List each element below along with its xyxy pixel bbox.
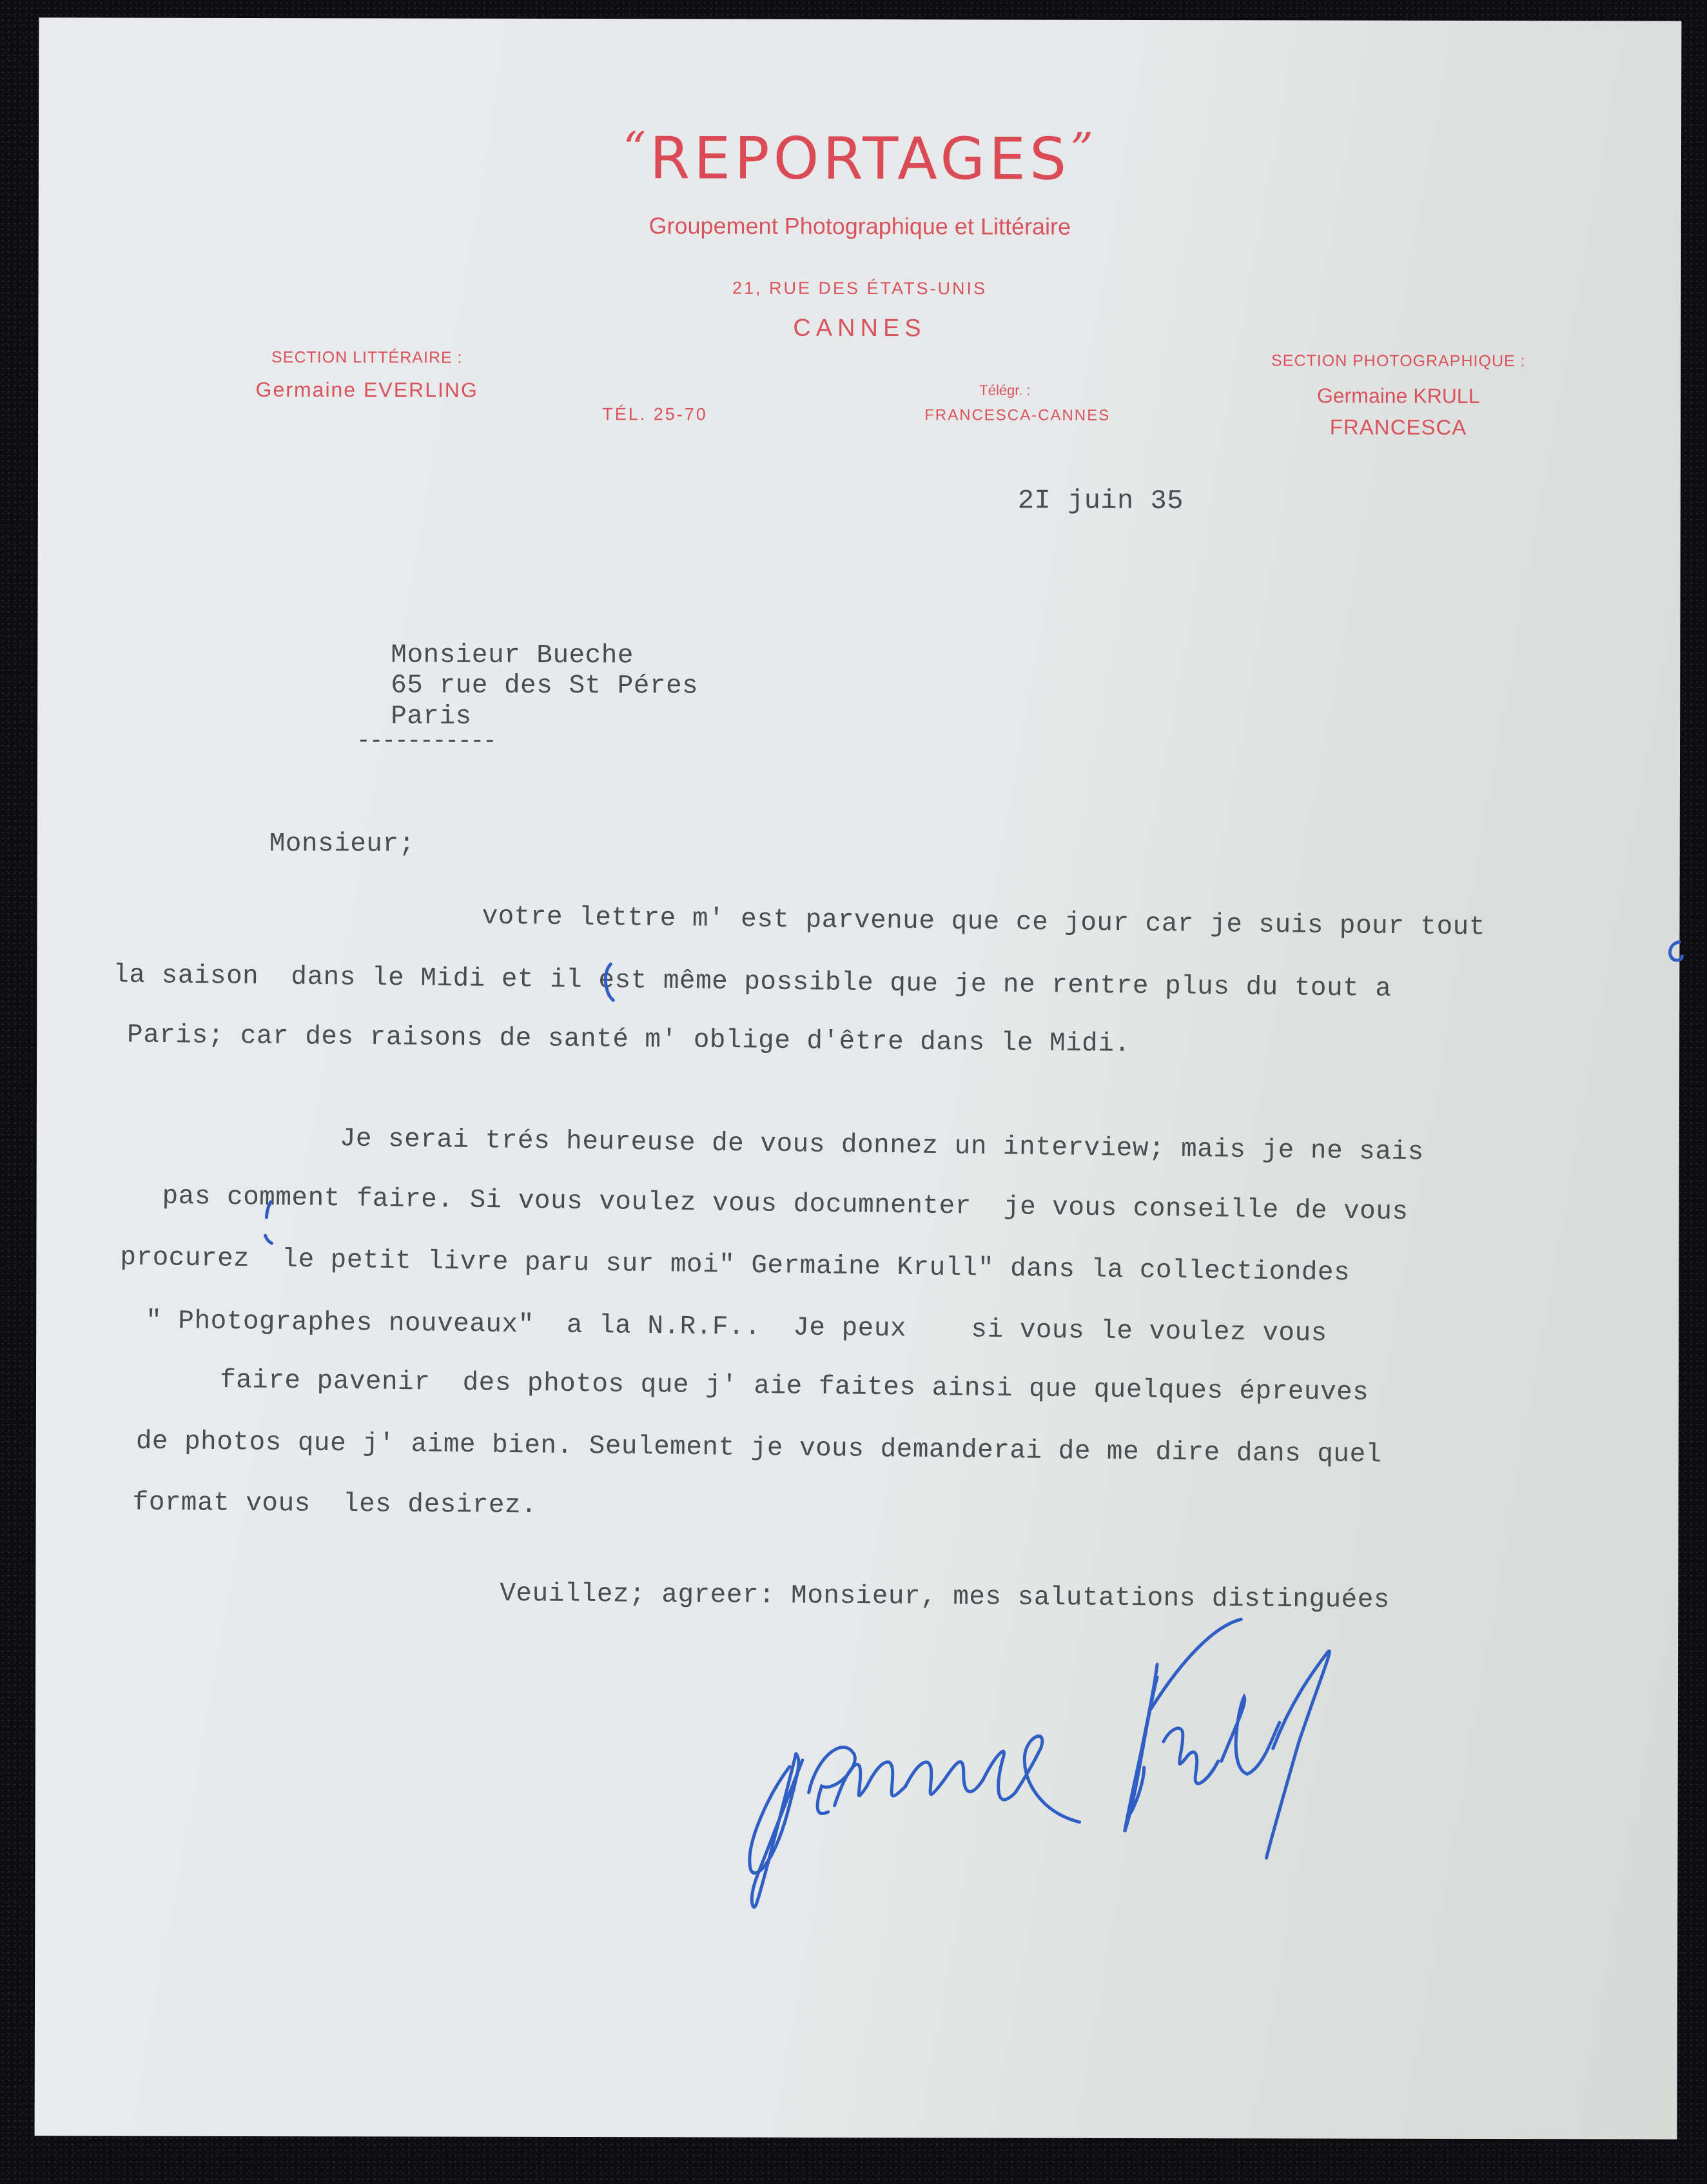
handwritten-signature [718, 1599, 1686, 1923]
ink-accent-correction-icon [598, 960, 623, 1005]
letterhead-city: CANNES [38, 313, 1681, 344]
ink-letter-correction-icon [1661, 937, 1687, 969]
photographic-section-alias: FRANCESCA [1269, 415, 1527, 440]
telegraph-address: FRANCESCA-CANNES [924, 406, 1110, 425]
body-line: la saison dans le Midi et il est même po… [113, 961, 1392, 1004]
photographic-section-label: SECTION PHOTOGRAPHIQUE : [1237, 351, 1559, 371]
letterhead-telephone: TÉL. 25-70 [602, 404, 708, 424]
body-line: Paris; car des raisons de santé m' oblig… [127, 1021, 1131, 1059]
letter-date: 2I juin 35 [1018, 486, 1184, 517]
literary-section-name: Germaine EVERLING [206, 378, 528, 402]
close-quote: ” [1070, 123, 1097, 176]
letter-sheet: “REPORTAGES” Groupement Photographique e… [35, 17, 1682, 2139]
body-line: pas comment faire. Si vous voulez vous d… [162, 1182, 1408, 1227]
salutation: Monsieur; [269, 829, 415, 859]
recipient-name: Monsieur Bueche [391, 640, 634, 671]
open-quote: “ [623, 122, 650, 175]
body-line: format vous les desirez. [132, 1488, 537, 1521]
letterhead-title-text: REPORTAGES [650, 124, 1070, 193]
body-line: de photos que j' aime bien. Seulement je… [136, 1427, 1382, 1470]
letterhead-address: 21, RUE DES ÉTATS-UNIS [39, 277, 1681, 300]
body-line: faire pavenir des photos que j' aie fait… [220, 1366, 1369, 1408]
photographic-section-name: Germaine KRULL [1269, 384, 1527, 408]
letterhead-subtitle: Groupement Photographique et Littéraire [39, 211, 1681, 241]
ink-punctuation-correction-icon [258, 1198, 278, 1250]
letterhead-title: “REPORTAGES” [39, 121, 1681, 194]
recipient-street: 65 rue des St Péres [391, 671, 698, 701]
body-line: Je serai trés heureuse de vous donnez un… [340, 1124, 1424, 1167]
body-line: procurez le petit livre paru sur moi" Ge… [120, 1243, 1350, 1288]
body-line: votre lettre m' est parvenue que ce jour… [482, 902, 1485, 943]
body-line: " Photographes nouveaux" a la N.R.F.. Je… [146, 1306, 1327, 1349]
recipient-underline: ----------- [356, 727, 496, 754]
telegraph-label: Télégr. : [979, 382, 1031, 398]
literary-section-label: SECTION LITTÉRAIRE : [231, 348, 502, 368]
